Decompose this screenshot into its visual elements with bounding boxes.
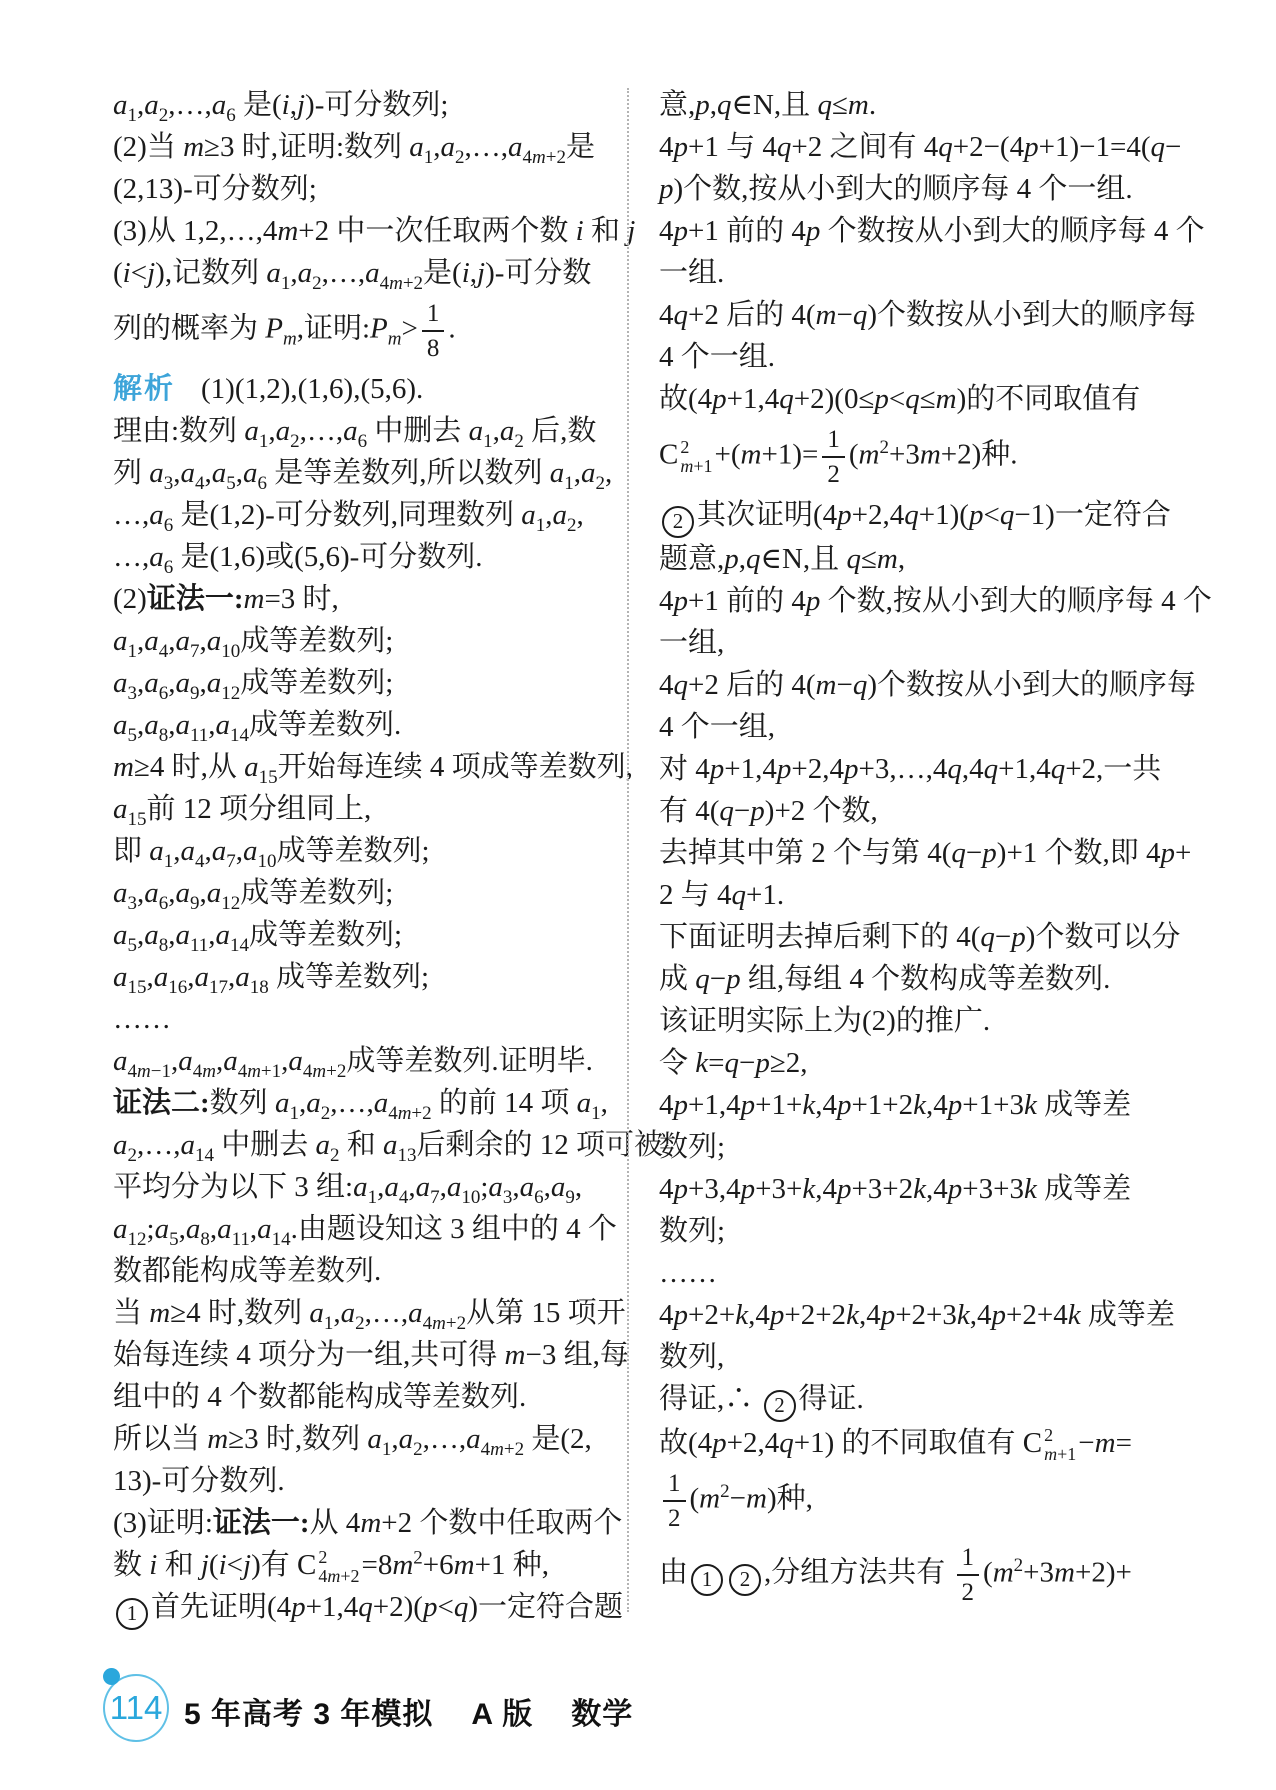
text-line: 13)-可分数列. [113, 1460, 621, 1502]
sup-sub-stack: 24m+2 [318, 1548, 359, 1586]
text-line: 组中的 4 个数都能构成等差数列. [113, 1376, 621, 1418]
text-line: a5,a8,a11,a14成等差数列; [113, 914, 621, 956]
left-column: a1,a2,…,a6 是(i,j)-可分数列;(2)当 m≥3 时,证明:数列 … [113, 84, 621, 1630]
text-line: …,a6 是(1,2)-可分数列,同理数列 a1,a2, [113, 494, 621, 536]
text-line: 2 与 4q+1. [659, 874, 1235, 916]
text-line: 该证明实际上为(2)的推广. [659, 1000, 1235, 1042]
text-line: (2,13)-可分数列; [113, 168, 621, 210]
text-line: 4q+2 后的 4(m−q)个数按从小到大的顺序每 [659, 664, 1235, 706]
text-line: 4p+1 与 4q+2 之间有 4q+2−(4p+1)−1=4(q− [659, 126, 1235, 168]
text-line: 平均分为以下 3 组:a1,a4,a7,a10;a3,a6,a9, [113, 1166, 621, 1208]
circled-number: 2 [662, 506, 694, 538]
text-line: a4m−1,a4m,a4m+1,a4m+2成等差数列.证明毕. [113, 1040, 621, 1082]
text-line: 数 i 和 j(i<j)有 C24m+2=8m2+6m+1 种, [113, 1544, 621, 1586]
text-line: a15前 12 项分组同上, [113, 788, 621, 830]
fraction: 12 [957, 1545, 980, 1605]
text-line: 即 a1,a4,a7,a10成等差数列; [113, 830, 621, 872]
text-line: a5,a8,a11,a14成等差数列. [113, 704, 621, 746]
text-line: 数列, [659, 1336, 1235, 1378]
circled-number: 2 [729, 1564, 761, 1596]
text-line: m≥4 时,从 a15开始每连续 4 项成等差数列, [113, 746, 621, 788]
text-line: 得证,∴ 2得证. [659, 1378, 1235, 1422]
text-line: 一组. [659, 252, 1235, 294]
text-line: 题意,p,q∈N,且 q≤m, [659, 538, 1235, 580]
sup-sub-stack: 2m+1 [680, 438, 712, 476]
text-line: 去掉其中第 2 个与第 4(q−p)+1 个数,即 4p+ [659, 832, 1235, 874]
text-line: 4p+1 前的 4p 个数,按从小到大的顺序每 4 个 [659, 580, 1235, 622]
page-footer: 5 年高考 3 年模拟A 版数学 [184, 1689, 633, 1733]
text-line: 12(m2−m)种, [659, 1464, 1235, 1538]
text-line: 对 4p+1,4p+2,4p+3,…,4q,4q+1,4q+2,一共 [659, 748, 1235, 790]
text-line: a1,a2,…,a6 是(i,j)-可分数列; [113, 84, 621, 126]
text-line: (2)证法一:m=3 时, [113, 578, 621, 620]
text-line: 当 m≥4 时,数列 a1,a2,…,a4m+2从第 15 项开 [113, 1292, 621, 1334]
right-column: 意,p,q∈N,且 q≤m.4p+1 与 4q+2 之间有 4q+2−(4p+1… [659, 84, 1235, 1612]
text-line: 理由:数列 a1,a2,…,a6 中删去 a1,a2 后,数 [113, 410, 621, 452]
text-line: 数列; [659, 1210, 1235, 1252]
text-line: 4p+1 前的 4p 个数按从小到大的顺序每 4 个 [659, 210, 1235, 252]
column-divider [627, 88, 629, 1612]
fraction: 18 [422, 301, 445, 361]
text-line: (3)证明:证法一:从 4m+2 个数中任取两个 [113, 1502, 621, 1544]
page-number-badge: 114 [103, 1674, 169, 1742]
analysis-label: 解析 [113, 373, 175, 405]
fraction: 12 [663, 1471, 686, 1531]
text-line: 4 个一组, [659, 706, 1235, 748]
text-line: (2)当 m≥3 时,证明:数列 a1,a2,…,a4m+2是 [113, 126, 621, 168]
text-line: 列 a3,a4,a5,a6 是等差数列,所以数列 a1,a2, [113, 452, 621, 494]
text-line: …,a6 是(1,6)或(5,6)-可分数列. [113, 536, 621, 578]
fraction: 12 [822, 427, 845, 487]
text-line: (3)从 1,2,…,4m+2 中一次任取两个数 i 和 j [113, 210, 621, 252]
text-line: 4 个一组. [659, 336, 1235, 378]
text-line: a2,…,a14 中删去 a2 和 a13后剩余的 12 项可被 [113, 1124, 621, 1166]
text-line: 始每连续 4 项分为一组,共可得 m−3 组,每 [113, 1334, 621, 1376]
textbook-page: a1,a2,…,a6 是(i,j)-可分数列;(2)当 m≥3 时,证明:数列 … [0, 0, 1276, 1790]
text-line: 由12,分组方法共有 12(m2+3m+2)+ [659, 1538, 1235, 1612]
text-line: 4p+2+k,4p+2+2k,4p+2+3k,4p+2+4k 成等差 [659, 1294, 1235, 1336]
text-line: (i<j),记数列 a1,a2,…,a4m+2是(i,j)-可分数 [113, 252, 621, 294]
book-subject: 数学 [571, 1698, 633, 1731]
text-line: 2其次证明(4p+2,4q+1)(p<q−1)一定符合 [659, 494, 1235, 538]
text-line: a12;a5,a8,a11,a14.由题设知这 3 组中的 4 个 [113, 1208, 621, 1250]
text-line: 意,p,q∈N,且 q≤m. [659, 84, 1235, 126]
text-line: a15,a16,a17,a18 成等差数列; [113, 956, 621, 998]
text-line: …… [113, 998, 621, 1040]
circled-number: 1 [691, 1564, 723, 1596]
text-line: 下面证明去掉后剩下的 4(q−p)个数可以分 [659, 916, 1235, 958]
page-number-dot-icon [103, 1668, 120, 1685]
text-line: p)个数,按从小到大的顺序每 4 个一组. [659, 168, 1235, 210]
text-line: 证法二:数列 a1,a2,…,a4m+2 的前 14 项 a1, [113, 1082, 621, 1124]
book-title: 5 年高考 3 年模拟 [184, 1698, 433, 1731]
text-line: 一组, [659, 622, 1235, 664]
text-line: C2m+1+(m+1)=12(m2+3m+2)种. [659, 420, 1235, 494]
text-line: …… [659, 1252, 1235, 1294]
book-edition: A 版 [471, 1698, 533, 1731]
page-number: 114 [110, 1689, 163, 1727]
text-line: 有 4(q−p)+2 个数, [659, 790, 1235, 832]
text-line: 数列; [659, 1126, 1235, 1168]
circled-number: 2 [764, 1390, 796, 1422]
text-line: 4p+1,4p+1+k,4p+1+2k,4p+1+3k 成等差 [659, 1084, 1235, 1126]
circled-number: 1 [116, 1598, 148, 1630]
text-line: 列的概率为 Pm,证明:Pm>18. [113, 294, 621, 368]
text-line: 4p+3,4p+3+k,4p+3+2k,4p+3+3k 成等差 [659, 1168, 1235, 1210]
text-line: 所以当 m≥3 时,数列 a1,a2,…,a4m+2 是(2, [113, 1418, 621, 1460]
text-line: 成 q−p 组,每组 4 个数构成等差数列. [659, 958, 1235, 1000]
text-line: a3,a6,a9,a12成等差数列; [113, 662, 621, 704]
sup-sub-stack: 2m+1 [1044, 1426, 1076, 1464]
text-line: a3,a6,a9,a12成等差数列; [113, 872, 621, 914]
text-line: 令 k=q−p≥2, [659, 1042, 1235, 1084]
text-line: 1首先证明(4p+1,4q+2)(p<q)一定符合题 [113, 1586, 621, 1630]
text-line: 4q+2 后的 4(m−q)个数按从小到大的顺序每 [659, 294, 1235, 336]
text-line: 故(4p+1,4q+2)(0≤p<q≤m)的不同取值有 [659, 378, 1235, 420]
text-line: 解析(1)(1,2),(1,6),(5,6). [113, 368, 621, 410]
text-line: a1,a4,a7,a10成等差数列; [113, 620, 621, 662]
text-line: 数都能构成等差数列. [113, 1250, 621, 1292]
text-line: 故(4p+2,4q+1) 的不同取值有 C2m+1−m= [659, 1422, 1235, 1464]
